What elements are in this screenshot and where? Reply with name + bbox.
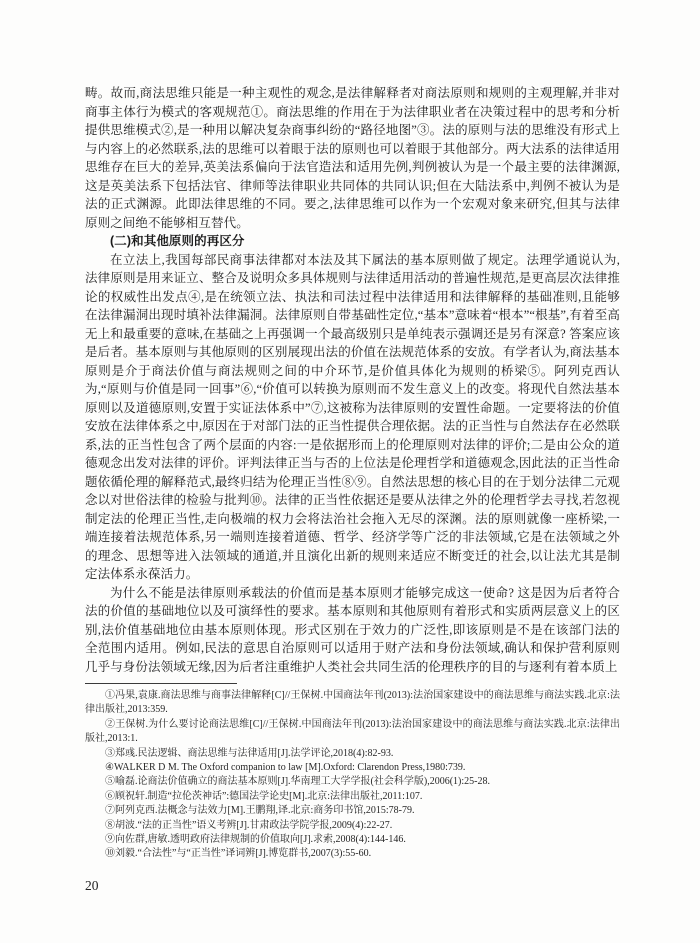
footnote-4: ④WALKER D M. The Oxford companion to law… [85, 761, 620, 775]
footnote-9: ⑨向佐群,唐敏.透明政府法律规制的价值取向[J].求索,2008(4):144-… [85, 833, 620, 847]
footnote-8: ⑧胡波.“法的正当性”语义考辨[J].甘肃政法学院学报,2009(4):22-2… [85, 819, 620, 833]
footnote-7: ⑦阿列克西.法概念与法效力[M].王鹏翔,译.北京:商务印书馆,2015:78-… [85, 804, 620, 818]
page-number: 20 [85, 878, 620, 894]
body-text-block: 畴。故而,商法思维只能是一种主观性的观念,是法律解释者对商法原则和规则的主观理解… [85, 84, 620, 676]
document-page: 畴。故而,商法思维只能是一种主观性的观念,是法律解释者对商法原则和规则的主观理解… [0, 0, 700, 943]
footnote-3: ③郑彧.民法逻辑、商法思维与法律适用[J].法学评论,2018(4):82-93… [85, 747, 620, 761]
footnote-separator-rule [85, 683, 237, 684]
footnote-2: ②王保树.为什么要讨论商法思维[C]//王保树.中国商法年刊(2013):法治国… [85, 718, 620, 747]
body-paragraph-2: 在立法上,我国每部民商事法律都对本法及其下属法的基本原则做了规定。法理学通说认为… [85, 251, 620, 584]
footnote-5: ⑤喻磊.论商法价值确立的商法基本原则[J].华南理工大学学报(社会科学版),20… [85, 775, 620, 789]
footnotes-block: ①冯果,袁康.商法思维与商事法律解释[C]//王保树.中国商法年刊(2013):… [85, 689, 620, 862]
body-paragraph-3: 为什么不能是法律原则承载法的价值而是基本原则才能够完成这一使命? 这是因为后者符… [85, 584, 620, 677]
section-heading: (二)和其他原则的再区分 [85, 232, 620, 251]
footnote-1: ①冯果,袁康.商法思维与商事法律解释[C]//王保树.中国商法年刊(2013):… [85, 689, 620, 718]
footnote-10: ⑩刘毅.“合法性”与“正当性”译词辨[J].博览群书,2007(3):55-60… [85, 847, 620, 861]
body-paragraph-continuation: 畴。故而,商法思维只能是一种主观性的观念,是法律解释者对商法原则和规则的主观理解… [85, 84, 620, 232]
footnote-6: ⑥顾祝轩.制造“拉伦茨神话”:德国法学论史[M].北京:法律出版社,2011:1… [85, 790, 620, 804]
